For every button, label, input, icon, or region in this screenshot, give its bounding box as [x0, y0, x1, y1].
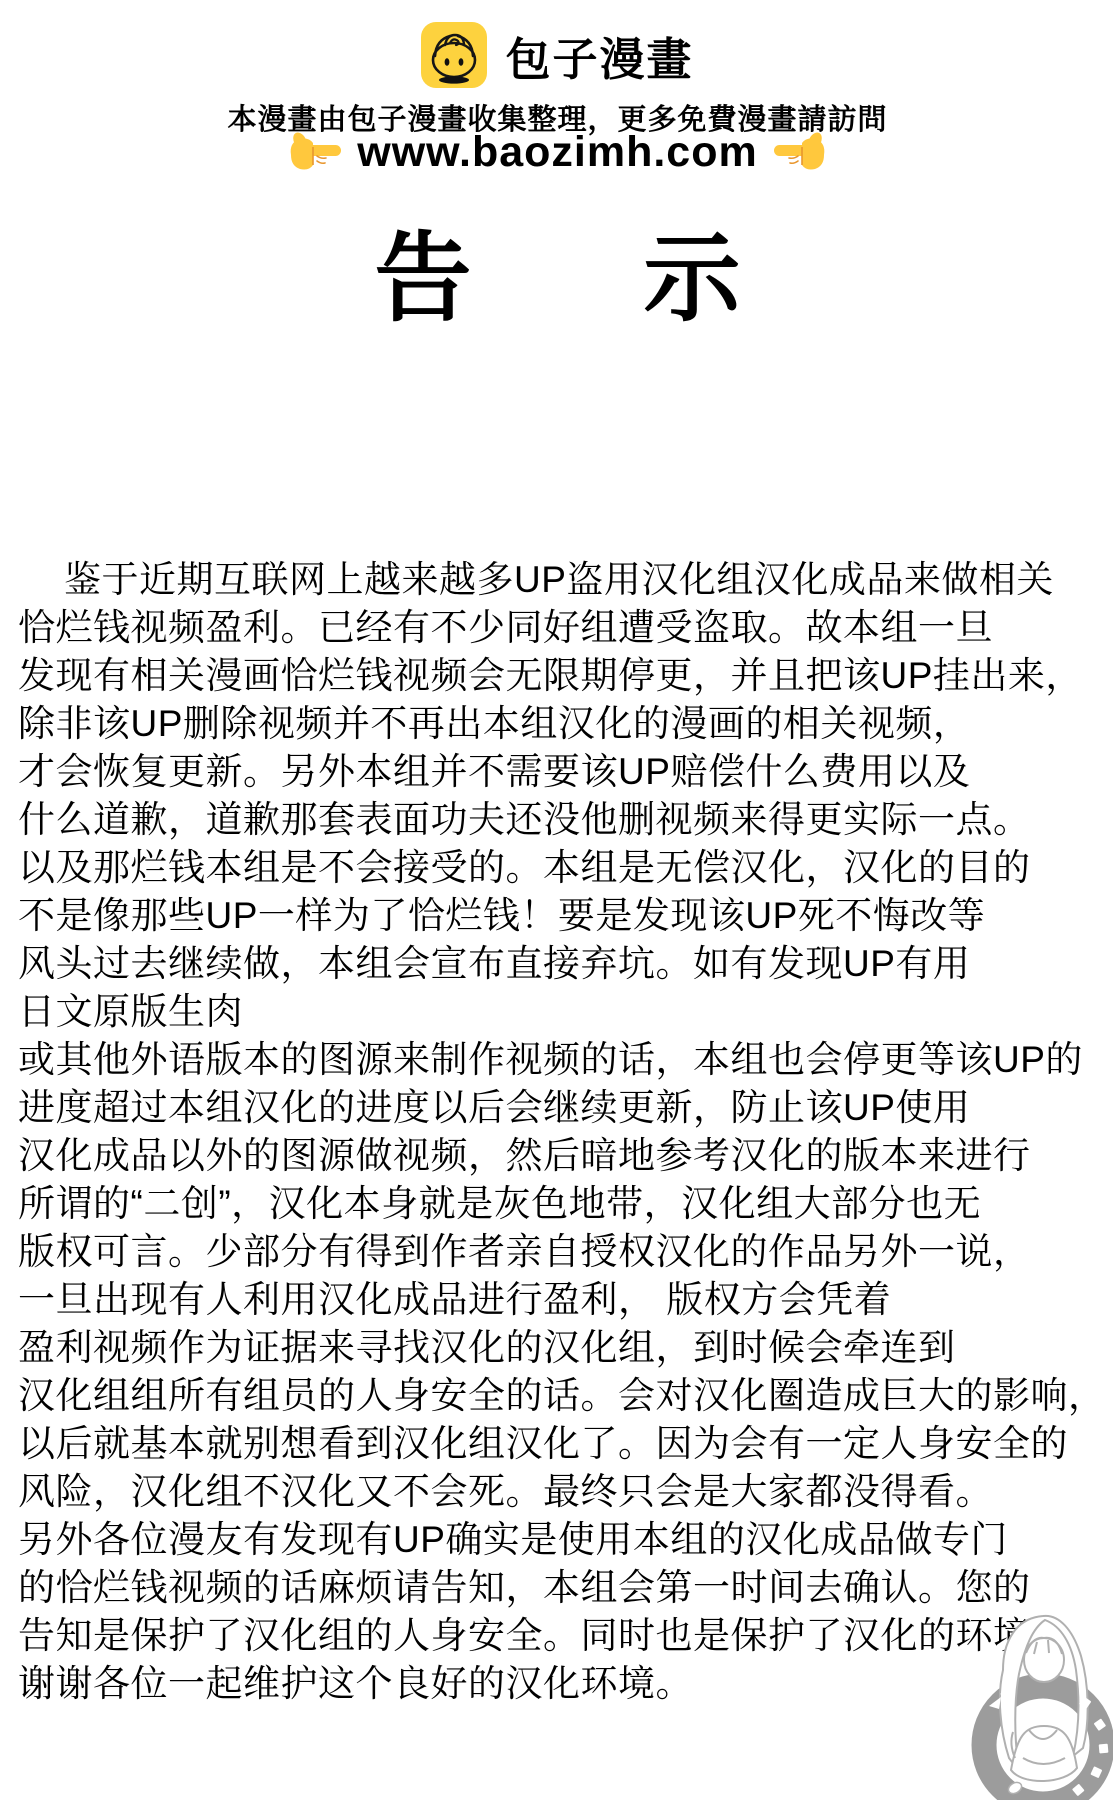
- pointing-hand-left-icon: [772, 131, 828, 175]
- notice-line: 才会恢复更新。另外本组并不需要该UP赔偿什么费用以及: [18, 748, 1102, 796]
- brand-name: 包子漫畫: [505, 23, 693, 88]
- notice-line: 的恰烂钱视频的话麻烦请告知，本组会第一时间去确认。您的: [18, 1564, 1102, 1612]
- notice-title-char-right: 示: [644, 226, 741, 333]
- notice-line: 发现有相关漫画恰烂钱视频会无限期停更，并且把该UP挂出来，: [18, 652, 1102, 700]
- notice-line: 风头过去继续做，本组会宣布直接弃坑。如有发现UP有用: [18, 940, 1102, 988]
- notice-page: 包子漫畫 本漫畫由包子漫畫收集整理，更多免費漫畫請訪問 www.baozimh.…: [0, 0, 1115, 1800]
- notice-line: 鉴于近期互联网上越来越多UP盗用汉化组汉化成品来做相关: [18, 556, 1102, 604]
- notice-line: 不是像那些UP一样为了恰烂钱！要是发现该UP死不悔改等: [18, 892, 1102, 940]
- notice-line: 日文原版生肉: [18, 988, 1102, 1036]
- notice-line: 或其他外语版本的图源来制作视频的话，本组也会停更等该UP的: [18, 1036, 1102, 1084]
- notice-line: 汉化组组所有组员的人身安全的话。会对汉化圈造成巨大的影响，: [18, 1372, 1102, 1420]
- notice-line: 以后就基本就别想看到汉化组汉化了。因为会有一定人身安全的: [18, 1420, 1102, 1468]
- notice-body: 鉴于近期互联网上越来越多UP盗用汉化组汉化成品来做相关 恰烂钱视频盈利。已经有不…: [18, 556, 1102, 1708]
- notice-line: 盈利视频作为证据来寻找汉化的汉化组，到时候会牵连到: [18, 1324, 1102, 1372]
- notice-title-char-left: 告: [375, 226, 472, 333]
- brand-header: 包子漫畫: [0, 22, 1115, 88]
- notice-title: 告 示: [0, 226, 1115, 333]
- notice-line: 另外各位漫友有发现有UP确实是使用本组的汉化成品做专门: [18, 1516, 1102, 1564]
- notice-line: 所谓的“二创”，汉化本身就是灰色地带，汉化组大部分也无: [18, 1180, 1102, 1228]
- website-url-row: www.baozimh.com: [0, 128, 1115, 177]
- website-url: www.baozimh.com: [357, 128, 757, 177]
- notice-line: 风险，汉化组不汉化又不会死。最终只会是大家都没得看。: [18, 1468, 1102, 1516]
- pointing-hand-right-icon: [287, 131, 343, 175]
- notice-line: 什么道歉，道歉那套表面功夫还没他删视频来得更实际一点。: [18, 796, 1102, 844]
- notice-line: 告知是保护了汉化组的人身安全。同时也是保护了汉化的环境: [18, 1612, 1102, 1660]
- baozi-logo-icon: [421, 22, 487, 88]
- notice-line: 一旦出现有人利用汉化成品进行盈利， 版权方会凭着: [18, 1276, 1102, 1324]
- notice-line: 以及那烂钱本组是不会接受的。本组是无偿汉化，汉化的目的: [18, 844, 1102, 892]
- notice-line: 恰烂钱视频盈利。已经有不少同好组遭受盗取。故本组一旦: [18, 604, 1102, 652]
- notice-line: 除非该UP删除视频并不再出本组汉化的漫画的相关视频，: [18, 700, 1102, 748]
- notice-line: 进度超过本组汉化的进度以后会继续更新，防止该UP使用: [18, 1084, 1102, 1132]
- notice-line: 汉化成品以外的图源做视频，然后暗地参考汉化的版本来进行: [18, 1132, 1102, 1180]
- notice-line: 版权可言。少部分有得到作者亲自授权汉化的作品另外一说，: [18, 1228, 1102, 1276]
- notice-line: 谢谢各位一起维护这个良好的汉化环境。: [18, 1660, 1102, 1708]
